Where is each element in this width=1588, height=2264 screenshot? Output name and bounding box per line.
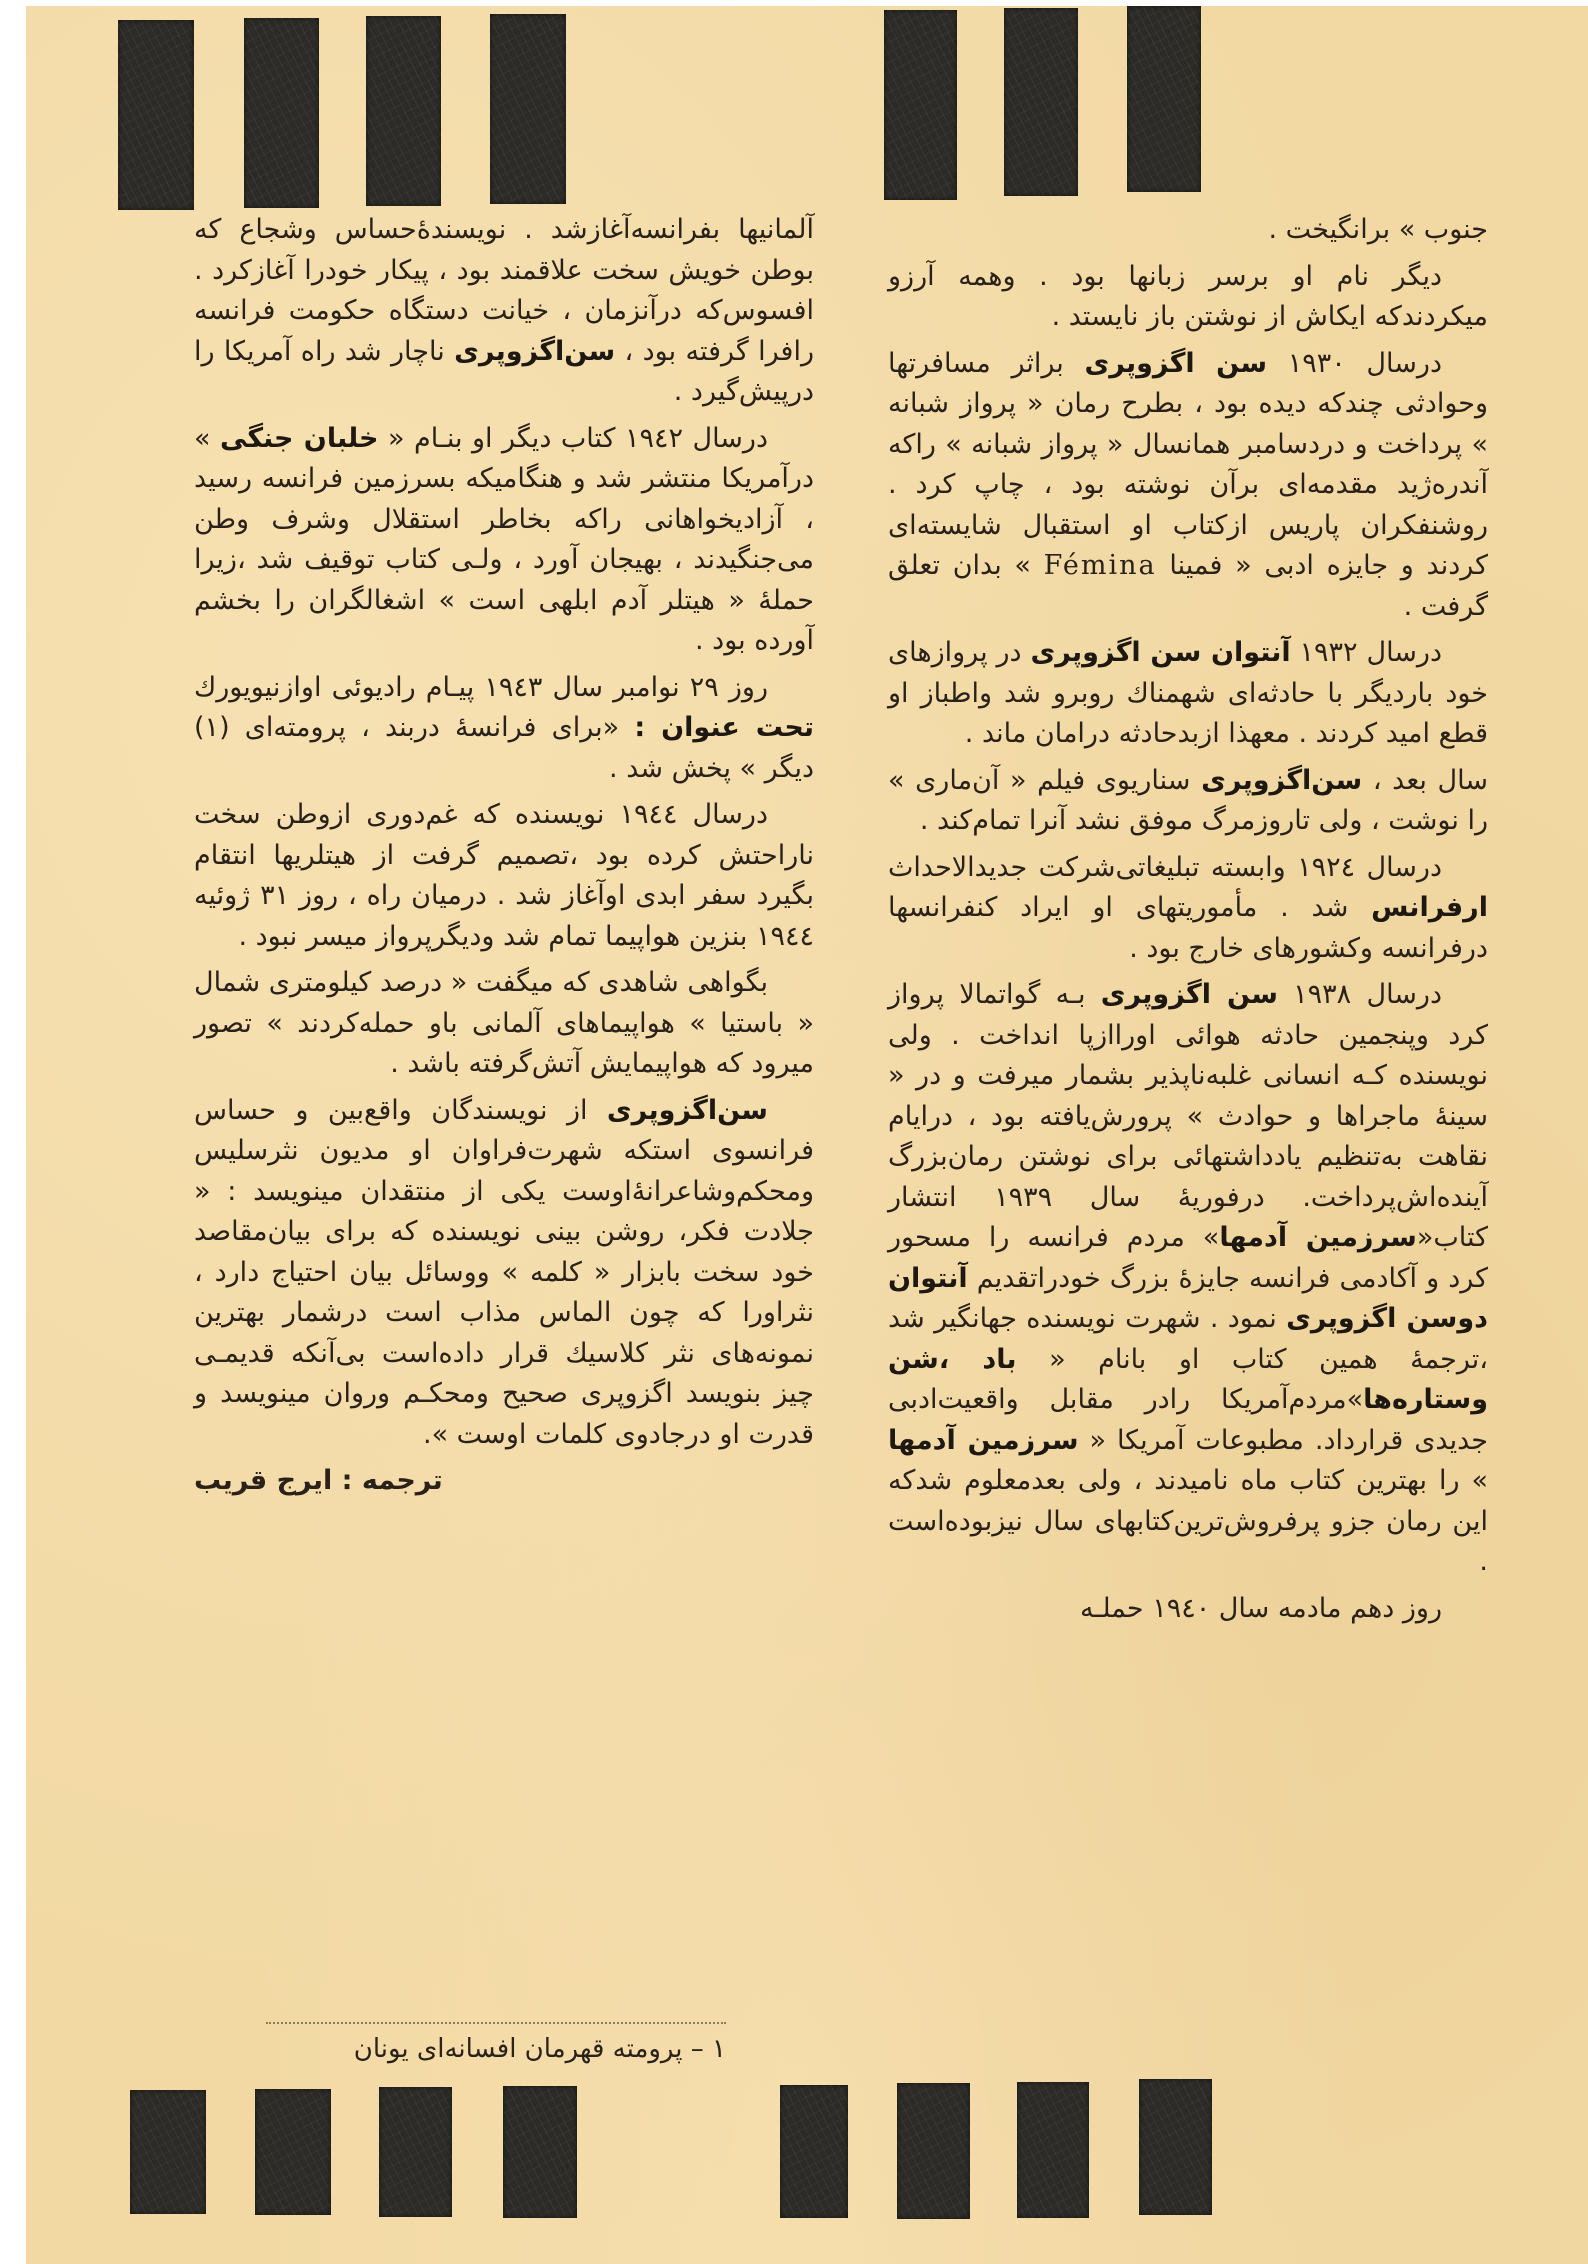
decorative-block-top-3	[366, 16, 441, 206]
decorative-block-bottom-2	[255, 2089, 331, 2215]
paragraph: بگواهی شاهدی که میگفت « درصد کیلومتری شم…	[194, 963, 814, 1085]
paragraph: دیگر نام او برسر زبانها بود . وهمه آرزو …	[888, 257, 1488, 338]
decorative-block-top-2	[244, 18, 319, 208]
paragraph: جنوب » برانگیخت .	[888, 210, 1488, 251]
author-name: سن‌اگزوپری	[607, 1095, 768, 1126]
author-name: آنتوان سن اگزوپری	[1030, 637, 1290, 668]
company-name: ارفرانس	[1371, 892, 1488, 923]
book-title: سرزمین آدمها	[1219, 1222, 1417, 1253]
footnote: ۱ – پرومته قهرمان افسانه‌ای یونان	[276, 2034, 726, 2064]
decorative-block-top-5	[884, 10, 957, 200]
paragraph: روز ۲۹ نوامبر سال ۱۹٤۳ پیـام رادیوئی اوا…	[194, 668, 814, 790]
decorative-block-bottom-5	[780, 2085, 848, 2218]
translator-signature: ترجمه : ایرج قریب	[194, 1461, 814, 1502]
emphasis: تحت عنوان :	[634, 712, 814, 743]
paragraph: روز دهم مادمه سال ۱۹٤۰ حملـه	[888, 1589, 1488, 1630]
paragraph: درسال ۱۹٤۲ کتاب دیگر او بنـام « خلبان جن…	[194, 419, 814, 662]
article-column-right: جنوب » برانگیخت . دیگر نام او برسر زبانه…	[888, 210, 1488, 1635]
decorative-block-bottom-3	[379, 2087, 452, 2217]
paragraph: سال بعد ، سن‌اگزوپری سناریوی فیلم « آن‌م…	[888, 761, 1488, 842]
author-name: سن‌اگزوپری	[454, 336, 615, 367]
magazine-page: جنوب » برانگیخت . دیگر نام او برسر زبانه…	[26, 6, 1588, 2264]
decorative-block-bottom-1	[130, 2090, 206, 2214]
paragraph: آلمانیها بفرانسه‌آغازشد . نویسندهٔ‌حساس …	[194, 210, 814, 413]
prize-name-latin: Fémina	[1044, 550, 1157, 581]
decorative-block-bottom-6	[897, 2083, 970, 2219]
paragraph: درسال ۱۹۲٤ وابسته تبلیغاتی‌شرکت جدیدالاح…	[888, 848, 1488, 970]
article-column-left: آلمانیها بفرانسه‌آغازشد . نویسندهٔ‌حساس …	[194, 210, 814, 1508]
author-name: سن اگزوپری	[1101, 979, 1278, 1010]
book-title: خلبان جنگی	[220, 423, 378, 454]
decorative-block-bottom-8	[1139, 2079, 1212, 2215]
paragraph: سن‌اگزوپری از نویسندگان واقع‌بین و حساس …	[194, 1091, 814, 1456]
paragraph: درسال ۱۹۳۲ آنتوان سن اگزوپری در پروازهای…	[888, 633, 1488, 755]
decorative-block-top-7	[1127, 6, 1201, 192]
paragraph: درسال ۱۹٤٤ نویسنده که غم‌دوری ازوطن سخت …	[194, 795, 814, 957]
decorative-block-bottom-4	[503, 2086, 577, 2218]
paragraph: درسال ۱۹۳۰ سن اگزوپری براثر مسافرتها وحو…	[888, 344, 1488, 628]
decorative-block-top-1	[118, 20, 194, 210]
book-title: سرزمین آدمها	[888, 1425, 1079, 1456]
author-name: سن اگزوپری	[1084, 348, 1267, 379]
author-name: سن‌اگزوپری	[1201, 765, 1362, 796]
decorative-block-bottom-7	[1017, 2082, 1089, 2218]
paragraph: درسال ۱۹۳۸ سن اگزوپری بـه گواتمالا پرواز…	[888, 975, 1488, 1583]
footnote-divider	[266, 2022, 726, 2024]
decorative-block-top-4	[490, 14, 566, 204]
decorative-block-top-6	[1004, 8, 1078, 196]
